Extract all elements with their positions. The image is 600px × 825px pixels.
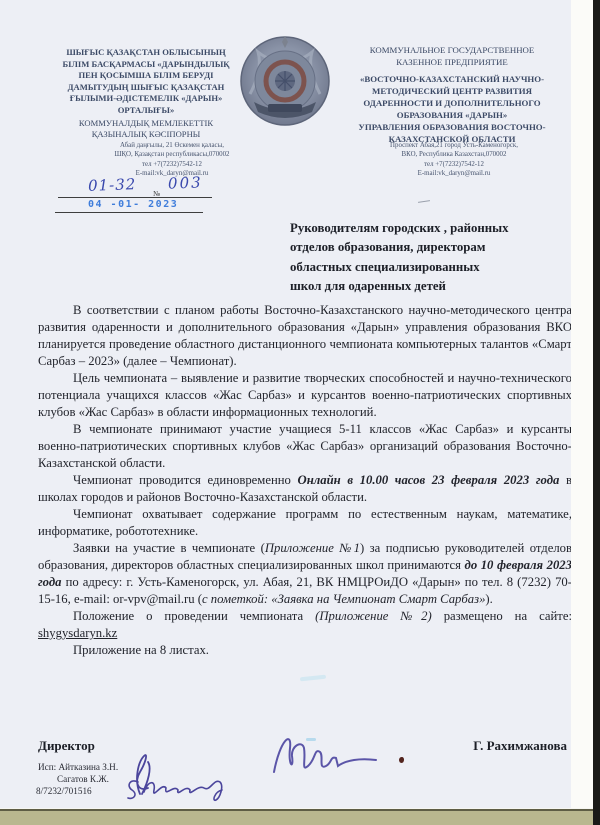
- body-paragraph: Чемпионат проводится единовременно Онлай…: [38, 472, 572, 506]
- org-name-russian-main: «ВОСТОЧНО-КАЗАХСТАНСКИЙ НАУЧНО- МЕТОДИЧЕ…: [328, 73, 576, 145]
- address-russian: Проспект Абая,21 город Усть-Каменогорск,…: [348, 141, 560, 178]
- scan-edge-bottom: [0, 809, 600, 825]
- address-kazakh: Абай даңғылы, 21 Өскемен қаласы, ШҚО, Қа…: [72, 141, 272, 178]
- scanned-letter-page: ШЫҒЫС ҚАЗАҚСТАН ОБЛЫСЫНЫҢ БІЛІМ БАСҚАРМА…: [0, 0, 600, 825]
- executor-2: Сагатов К.Ж.: [57, 774, 109, 785]
- executor-1: Исп: Айтказина З.Н.: [38, 762, 118, 773]
- ref-underline-2: [55, 212, 203, 213]
- body-paragraph: В чемпионате принимают участие учащиеся …: [38, 421, 572, 472]
- director-title: Директор: [38, 738, 95, 754]
- blue-smudge: [306, 738, 316, 741]
- sagatov-signature: [124, 768, 234, 806]
- kazakhstan-emblem-icon: [238, 34, 332, 130]
- org-type-russian: КОММУНАЛЬНОЕ ГОСУДАРСТВЕННОЕ КАЗЕННОЕ ПР…: [328, 44, 576, 68]
- scan-edge-white: [571, 0, 593, 825]
- date-stamp: 04 -01- 2023: [88, 199, 178, 210]
- director-signature: [268, 726, 383, 782]
- body-paragraph: В соответствии с планом работы Восточно-…: [38, 302, 572, 370]
- org-name-kazakh-main: ШЫҒЫС ҚАЗАҚСТАН ОБЛЫСЫНЫҢ БІЛІМ БАСҚАРМА…: [50, 47, 242, 117]
- handwritten-document-number: 003: [168, 173, 203, 192]
- addressee-block: Руководителям городских , районных отдел…: [290, 219, 574, 297]
- ink-dot: [399, 757, 404, 763]
- scan-edge-black: [593, 0, 600, 825]
- org-name-kazakh: ШЫҒЫС ҚАЗАҚСТАН ОБЛЫСЫНЫҢ БІЛІМ БАСҚАРМА…: [50, 47, 242, 141]
- ref-underline-1: [58, 197, 212, 198]
- executor-phone: 8/7232/701516: [36, 786, 92, 797]
- director-name: Г. Рахимжанова: [473, 738, 567, 754]
- body-paragraph: Положение о проведении чемпионата (Прило…: [38, 608, 572, 642]
- body-paragraph: Приложение на 8 листах.: [38, 642, 572, 659]
- letter-body: В соответствии с планом работы Восточно-…: [38, 302, 572, 659]
- org-name-russian: КОММУНАЛЬНОЕ ГОСУДАРСТВЕННОЕ КАЗЕННОЕ ПР…: [328, 44, 576, 145]
- blue-smudge-2: [300, 675, 326, 682]
- body-paragraph: Заявки на участие в чемпионате (Приложен…: [38, 540, 572, 608]
- org-name-kazakh-type: КОММУНАЛДЫҚ МЕМЛЕКЕТТІК ҚАЗЫНАЛЫҚ КӘСІПО…: [50, 118, 242, 141]
- handwritten-outgoing-number: 01-32: [88, 175, 137, 195]
- pencil-mark: [418, 200, 430, 203]
- body-paragraph: Цель чемпионата – выявление и развитие т…: [38, 370, 572, 421]
- site-link[interactable]: shygysdaryn.kz: [38, 626, 117, 640]
- body-paragraph: Чемпионат охватывает содержание программ…: [38, 506, 572, 540]
